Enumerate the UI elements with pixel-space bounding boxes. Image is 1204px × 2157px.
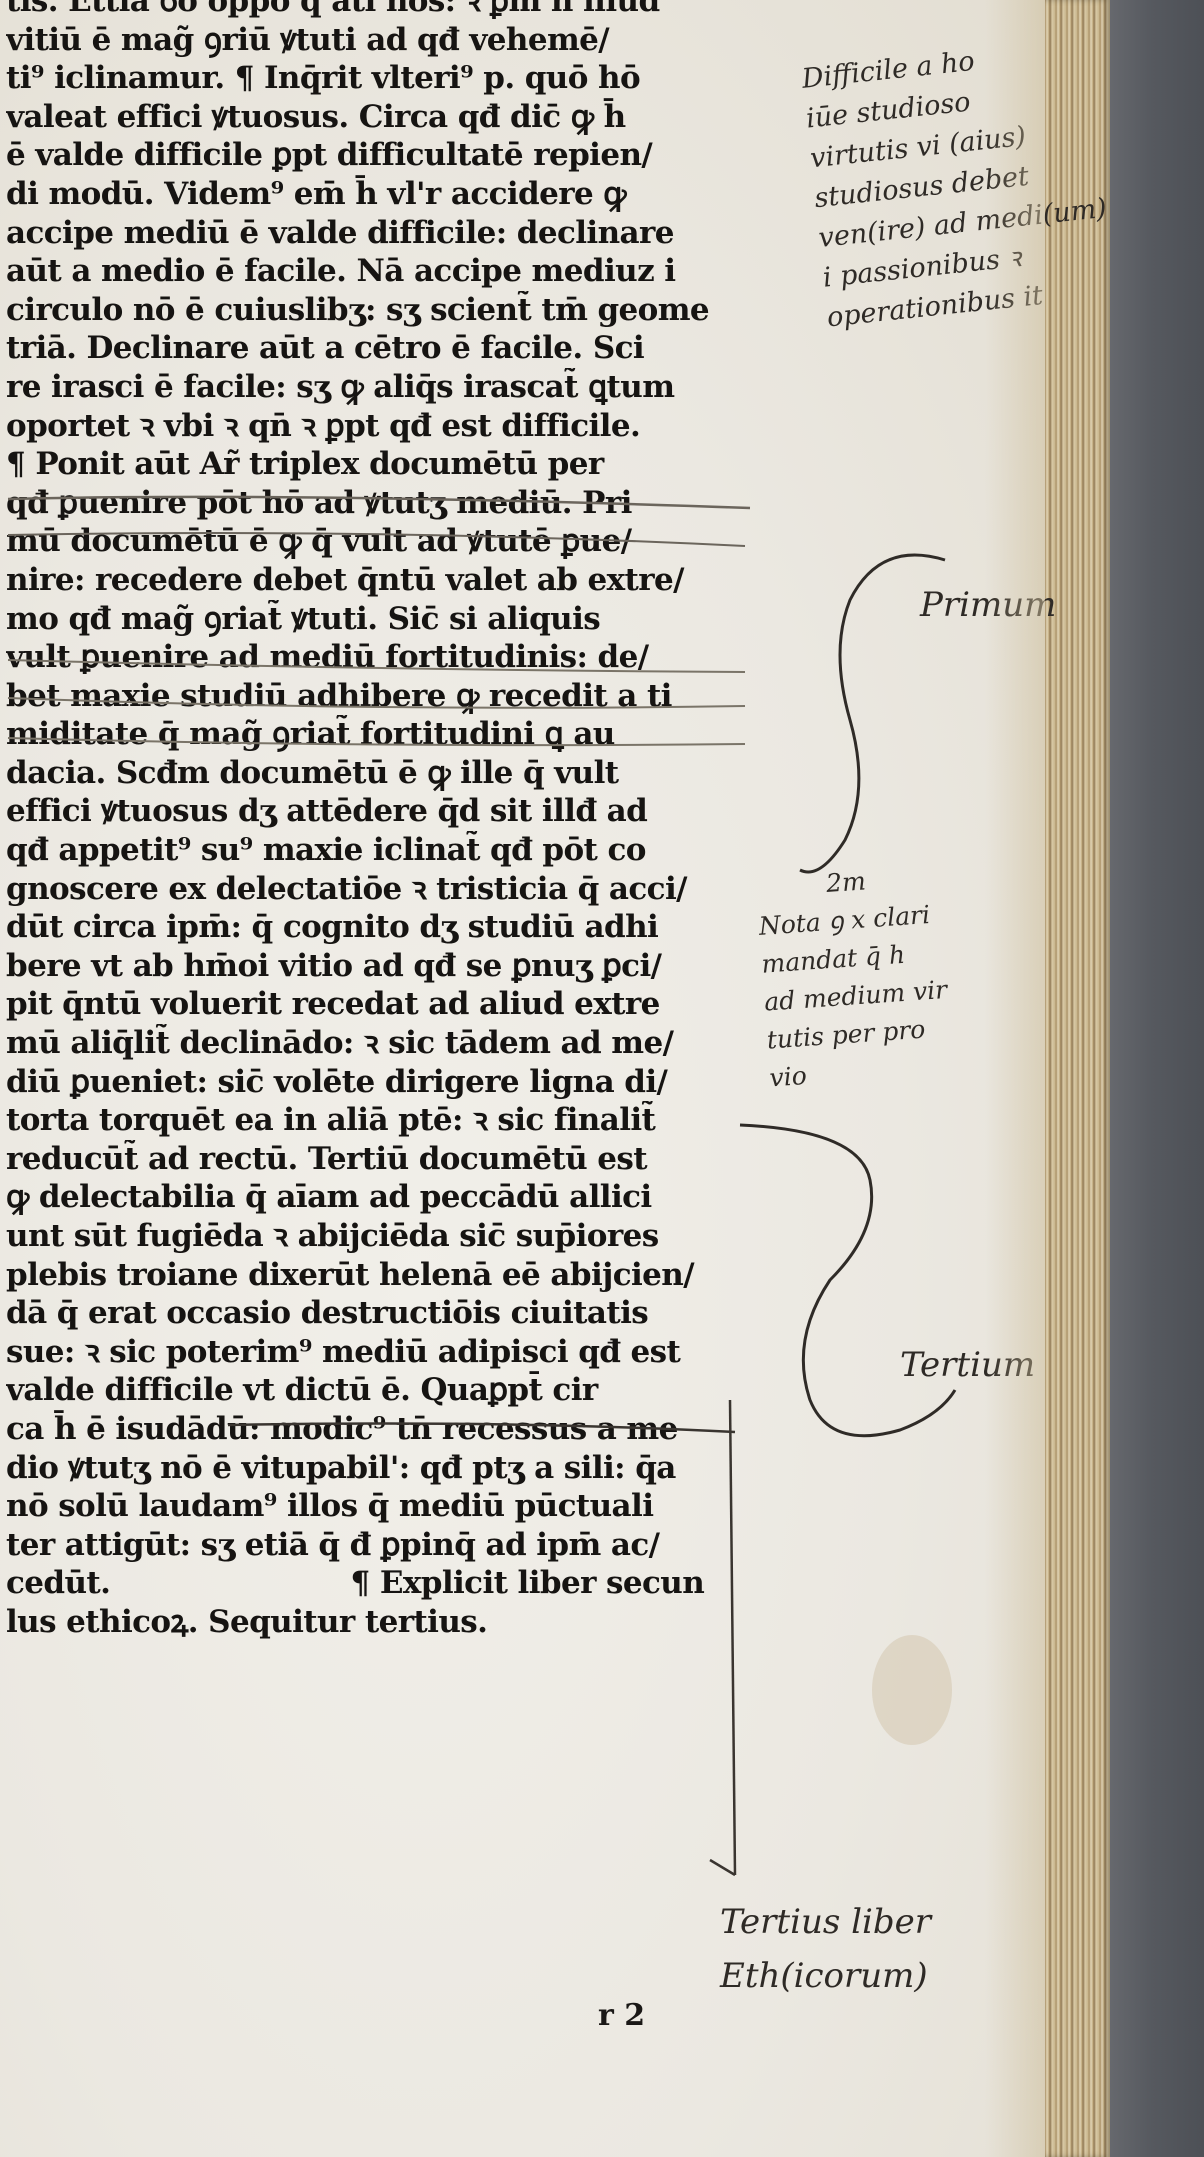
bracket-label-primum: Primum <box>920 585 1056 625</box>
text-line: ter attigūt: sʒ etiā q̄ đ ꝑpinq̄ ad ipm̄… <box>6 1526 751 1565</box>
printed-text-column: tis. Ettia ỽo oppo q̄ ati nos: ꝛ ꝑm h̄ i… <box>6 0 751 1642</box>
note-line: Tertius liber <box>720 1895 931 1949</box>
marginal-note-middle: 2m Nota ꝯ x clari mandat q̄ h ad medium … <box>755 857 954 1097</box>
text-line: dacia. Scđm documētū ē ꝙ ille q̄ vult <box>6 754 751 793</box>
marginal-note-top: Difficile a ho iūe studioso virtutis vi … <box>800 30 1117 339</box>
text-line: bet maxie studiū adhibere ꝙ recedit a ti <box>6 677 751 716</box>
explicit-heading: ¶ Explicit liber secun <box>121 1565 705 1601</box>
text-line: miditate q̄ mag̃ ꝯriat̃ fortitudini ꝗ au <box>6 715 751 754</box>
text-line: di modū. Videm⁹ em̄ h̄ vl'r accidere ꝙ <box>6 175 751 214</box>
text-line: plebis troiane dixerūt helenā eē abijcie… <box>6 1256 751 1295</box>
text-line: gnoscere ex delectatiōe ꝛ tristicia q̄ a… <box>6 870 751 909</box>
text-line: reducūt̃ ad rectū. Tertiū documētū est <box>6 1140 751 1179</box>
text-line: accipe mediū ē valde difficile: declinar… <box>6 214 751 253</box>
text-line-cedunt: cedūt. ¶ Explicit liber secun <box>6 1564 751 1603</box>
text-fragment: cedūt. <box>6 1565 110 1601</box>
text-line: ti⁹ iclinamur. ¶ Inq̄rit vlteri⁹ p. quō … <box>6 59 751 98</box>
text-line: qđ appetit⁹ su⁹ maxie iclinat̃ qđ pōt co <box>6 831 751 870</box>
text-line: torta torquēt ea in aliā ptē: ꝛ sic fina… <box>6 1101 751 1140</box>
text-line: vult ꝑuenire ad mediū fortitudinis: de/ <box>6 638 751 677</box>
book-page: tis. Ettia ỽo oppo q̄ ati nos: ꝛ ꝑm h̄ i… <box>0 0 1045 2157</box>
text-line: vitiū ē mag̃ ꝯriū ꝟtuti ad qđ vehemē/ <box>6 21 751 60</box>
text-line: triā. Declinare aūt a cētro ē facile. Sc… <box>6 329 751 368</box>
text-line: mū documētū ē ꝙ q̄ vult ad ꝟtutē ꝑue/ <box>6 522 751 561</box>
text-line: valde difficile vt dictū ē. Quaꝑpt̄ cir <box>6 1371 751 1410</box>
text-line: dio ꝟtutʒ nō ē vitupabil': qđ ptʒ a sili… <box>6 1449 751 1488</box>
text-line: dūt circa ipm̄: q̄ cognito dʒ studiū adh… <box>6 908 751 947</box>
text-line: mo qđ mag̃ ꝯriat̃ ꝟtuti. Sic̄ si aliquis <box>6 600 751 639</box>
text-line: dā q̄ erat occasio destructiōis ciuitati… <box>6 1294 751 1333</box>
text-line: valeat effici ꝟtuosus. Circa qđ dic̄ ꝙ h… <box>6 98 751 137</box>
signature-mark: r 2 <box>598 1998 645 2033</box>
text-line: sue: ꝛ sic poterim⁹ mediū adipisci qđ es… <box>6 1333 751 1372</box>
bracket-label-tertium: Tertium <box>900 1345 1035 1385</box>
text-line: unt sūt fugiēda ꝛ abijciēda sic̄ sup̄ior… <box>6 1217 751 1256</box>
text-line: pit q̄ntū voluerit recedat ad aliud extr… <box>6 985 751 1024</box>
text-line: ē valde difficile ꝑpt difficultatē repie… <box>6 136 751 175</box>
text-line: tis. Ettia ỽo oppo q̄ ati nos: ꝛ ꝑm h̄ i… <box>6 0 751 21</box>
text-line: mū aliq̄lit̃ declinādo: ꝛ sic tādem ad m… <box>6 1024 751 1063</box>
text-line: ¶ Ponit aūt Ar̃ triplex documētū per <box>6 445 751 484</box>
text-line: circulo nō ē cuiuslibʒ: sʒ scient̃ tm̄ g… <box>6 291 751 330</box>
background-surface <box>1100 0 1204 2157</box>
note-line: Eth(icorum) <box>720 1949 931 2003</box>
text-line: ca h̄ ē isudādū: modic⁹ tn̄ recessus a m… <box>6 1410 751 1449</box>
text-line: diū ꝑueniet: sic̄ volēte dirigere ligna … <box>6 1063 751 1102</box>
text-line: bere vt ab hm̄oi vitio ad qđ se ꝑnuʒ ꝑci… <box>6 947 751 986</box>
text-line: effici ꝟtuosus dʒ attēdere q̄d sit illđ … <box>6 792 751 831</box>
text-line: re irasci ē facile: sʒ ꝙ aliq̄s irascat̃… <box>6 368 751 407</box>
text-line: nire: recedere debet q̄ntū valet ab extr… <box>6 561 751 600</box>
text-line: ꝙ delectabilia q̄ aīam ad peccādū allici <box>6 1178 751 1217</box>
text-line: lus ethicoꝝ. Sequitur tertius. <box>6 1603 751 1642</box>
text-line: oportet ꝛ vbi ꝛ qn̄ ꝛ ꝑpt qđ est diffici… <box>6 407 751 446</box>
marginal-note-book-end: Tertius liber Eth(icorum) <box>720 1895 931 2003</box>
text-line: nō solū laudam⁹ illos q̄ mediū pūctuali <box>6 1487 751 1526</box>
text-line: qđ ꝑuenire pōt hō ad ꝟtutʒ mediū. Pri <box>6 484 751 523</box>
text-line: aūt a medio ē facile. Nā accipe mediuz i <box>6 252 751 291</box>
